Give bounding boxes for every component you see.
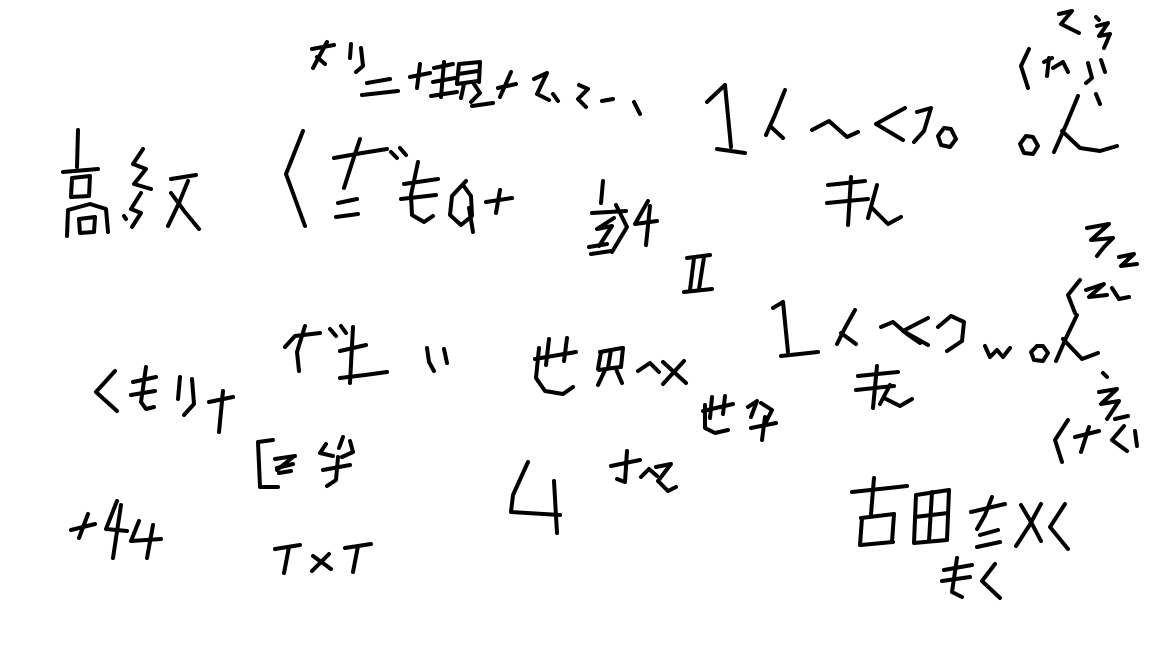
stroke-group-note-roman-two — [684, 255, 712, 292]
stroke-group-unit-moku — [942, 558, 1000, 598]
stroke-group-note-fraction — [589, 181, 657, 254]
stroke-group-note-four-subete — [511, 451, 676, 533]
handwriting-canvas[interactable] — [0, 0, 1152, 648]
stroke-group-scribble-right-mid — [1068, 224, 1137, 313]
stroke-group-note-top-center — [312, 42, 640, 114]
stroke-group-note-cloudy — [96, 367, 233, 432]
stroke-group-count-line-1 — [707, 85, 1117, 154]
stroke-group-scribble-right-low — [1055, 373, 1137, 462]
stroke-group-unit-under-count-2 — [856, 366, 912, 408]
stroke-group-note-plus-44 — [71, 501, 161, 558]
stroke-group-note-medicine — [258, 437, 353, 487]
stroke-group-name-yoshida — [852, 478, 1068, 549]
stroke-group-note-txt — [275, 544, 371, 573]
whiteboard — [0, 0, 1152, 648]
stroke-group-note-fruit — [286, 131, 512, 232]
stroke-group-note-fruit-grade — [63, 130, 199, 236]
stroke-group-note-world-x — [535, 338, 686, 394]
stroke-group-note-top-right-small — [1021, 11, 1110, 104]
stroke-group-note-vegetable — [285, 326, 447, 383]
stroke-group-unit-under-count-1 — [827, 177, 901, 225]
stroke-group-count-line-2 — [773, 302, 1098, 361]
stroke-group-note-world-2 — [703, 396, 776, 440]
